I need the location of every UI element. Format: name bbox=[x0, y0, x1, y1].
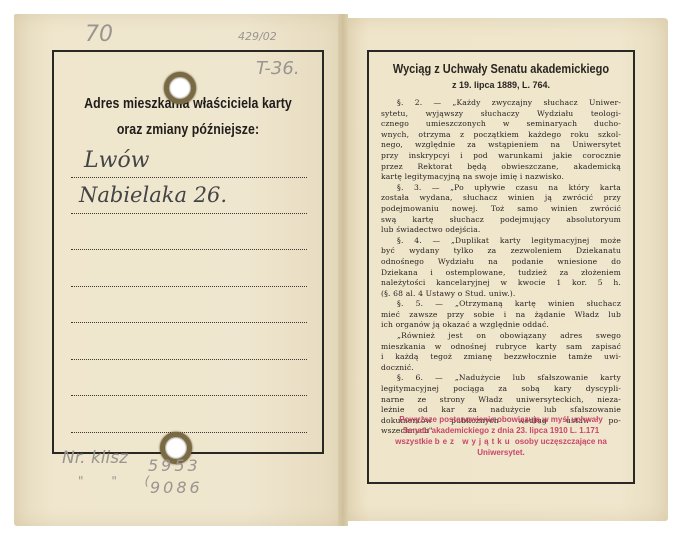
red-stamp-line-3-b: osoby uczęszczające na bbox=[513, 437, 607, 446]
pencil-note-top-left: 70 bbox=[85, 22, 113, 47]
resolution-body-line: ich organów ją okazać a względnie oddać. bbox=[381, 320, 621, 331]
resolution-body-line: wnych, otrzyma z początkiem każdego roku… bbox=[381, 130, 621, 141]
resolution-body-line: podejmowaniu nowej. Toż samo winien zwró… bbox=[381, 204, 621, 215]
red-stamp-notice: Powyższe postanowienia obowiązują w myśl… bbox=[381, 414, 621, 458]
address-line-7 bbox=[71, 395, 307, 396]
resolution-body-line: legitymacyjnej pociąga za sobą kary dysc… bbox=[381, 384, 621, 395]
resolution-body-line: lub świadectwo odejścia. bbox=[381, 225, 621, 236]
resolution-body-line: §. 6. — „Nadużycie lub sfałszowanie kart… bbox=[381, 373, 621, 384]
handwritten-street: Nabielaka 26. bbox=[79, 183, 227, 207]
red-stamp-line-2: Senatu akademickiego z dnia 23. lipca 19… bbox=[381, 425, 621, 436]
resolution-body-line: przez Rektorat będą obwieszczane, akadem… bbox=[381, 162, 621, 173]
resolution-body-line: kartę legitymacyjną na swoje imię i nazw… bbox=[381, 172, 621, 183]
address-line-6 bbox=[71, 359, 307, 360]
pencil-note-ditto: " " ( bbox=[78, 474, 161, 488]
booklet-spine bbox=[338, 14, 348, 526]
red-stamp-line-4: Uniwersytet. bbox=[381, 447, 621, 458]
resolution-body-line: przy inskrypcyi i pod warunkami jakie co… bbox=[381, 151, 621, 162]
resolution-body-line: odnośnego Wydziału na podanie wniesione … bbox=[381, 257, 621, 268]
red-stamp-line-3-spaced: bez wyjątku bbox=[435, 437, 513, 446]
senate-resolution-box: Wyciąg z Uchwały Senatu akademickiego z … bbox=[367, 50, 635, 484]
resolution-body-line: mieszkania w odnośnej rubryce karty sam … bbox=[381, 342, 621, 353]
resolution-body-line: §. 4. — „Duplikat karty legitymacyjnej m… bbox=[381, 236, 621, 247]
resolution-body-line: sytetu, wyjąwszy słuchaczy Wydziału teol… bbox=[381, 109, 621, 120]
pencil-note-top-right-1: 429/02 bbox=[238, 30, 277, 43]
resolution-body-line: mieć zawsze przy sobie i na żądanie Wład… bbox=[381, 310, 621, 321]
resolution-body-line: narne ze strony Władz uniwersyteckich, n… bbox=[381, 395, 621, 406]
resolution-title: Wyciąg z Uchwały Senatu akademickiego bbox=[385, 62, 617, 76]
resolution-body-line: należytości kancelaryjnej w kwocie 1 kor… bbox=[381, 278, 621, 289]
resolution-body-line: §. 5. — „Otrzymaną kartę winien słuchacz bbox=[381, 299, 621, 310]
red-stamp-line-3: wszystkie bez wyjątku osoby uczęszczając… bbox=[381, 436, 621, 447]
resolution-body-line: „Również jest on obowiązany adres swego bbox=[381, 331, 621, 342]
resolution-body-line: §. 2. — „Każdy zwyczajny słuchacz Uniwer… bbox=[381, 98, 621, 109]
address-line-4 bbox=[71, 286, 307, 287]
resolution-body-line: nego, względnie za wstąpieniem na Uniwer… bbox=[381, 140, 621, 151]
address-line-8 bbox=[71, 432, 307, 433]
address-title-line-2: oraz zmiany późniejsze: bbox=[74, 122, 302, 138]
address-box: Adres mieszkania właściciela karty oraz … bbox=[52, 50, 324, 454]
resolution-body-line: docznić. bbox=[381, 363, 621, 374]
resolution-body-line: (§. 68 al. 4 Ustawy o Stud. uniw.). bbox=[381, 289, 621, 300]
resolution-body: §. 2. — „Każdy zwyczajny słuchacz Uniwer… bbox=[381, 98, 621, 437]
resolution-body-line: została wydana, słuchacz winien ją zwróc… bbox=[381, 193, 621, 204]
address-line-1 bbox=[71, 177, 307, 178]
resolution-body-line: być wydany tylko za zezwoleniem Dziekana… bbox=[381, 246, 621, 257]
resolution-body-line: cznego umieszczonych w seminaryach ducho… bbox=[381, 119, 621, 130]
resolution-body-line: i każdą tegoż zmianę bezzwłocznie tamże … bbox=[381, 352, 621, 363]
pencil-note-number-1: 5953 bbox=[148, 456, 201, 475]
red-stamp-line-3-a: wszystkie bbox=[395, 437, 435, 446]
red-stamp-line-1: Powyższe postanowienia obowiązują w myśl… bbox=[381, 414, 621, 425]
resolution-subtitle: z 19. lipca 1889, L. 764. bbox=[369, 80, 633, 90]
resolution-body-line: §. 3. — „Po upływie czasu na który karta bbox=[381, 183, 621, 194]
resolution-body-line: Dziekana i ostemplowane, tudzież za złoż… bbox=[381, 268, 621, 279]
grommet-hole-top-icon bbox=[164, 72, 196, 104]
handwritten-city: Lwów bbox=[84, 148, 150, 173]
resolution-body-line: swą kartę słuchacz podejmujący absolutor… bbox=[381, 215, 621, 226]
address-line-2 bbox=[71, 213, 307, 214]
address-line-5 bbox=[71, 322, 307, 323]
pencil-note-bottom-label: Nr. klisz bbox=[62, 448, 128, 468]
address-line-3 bbox=[71, 249, 307, 250]
